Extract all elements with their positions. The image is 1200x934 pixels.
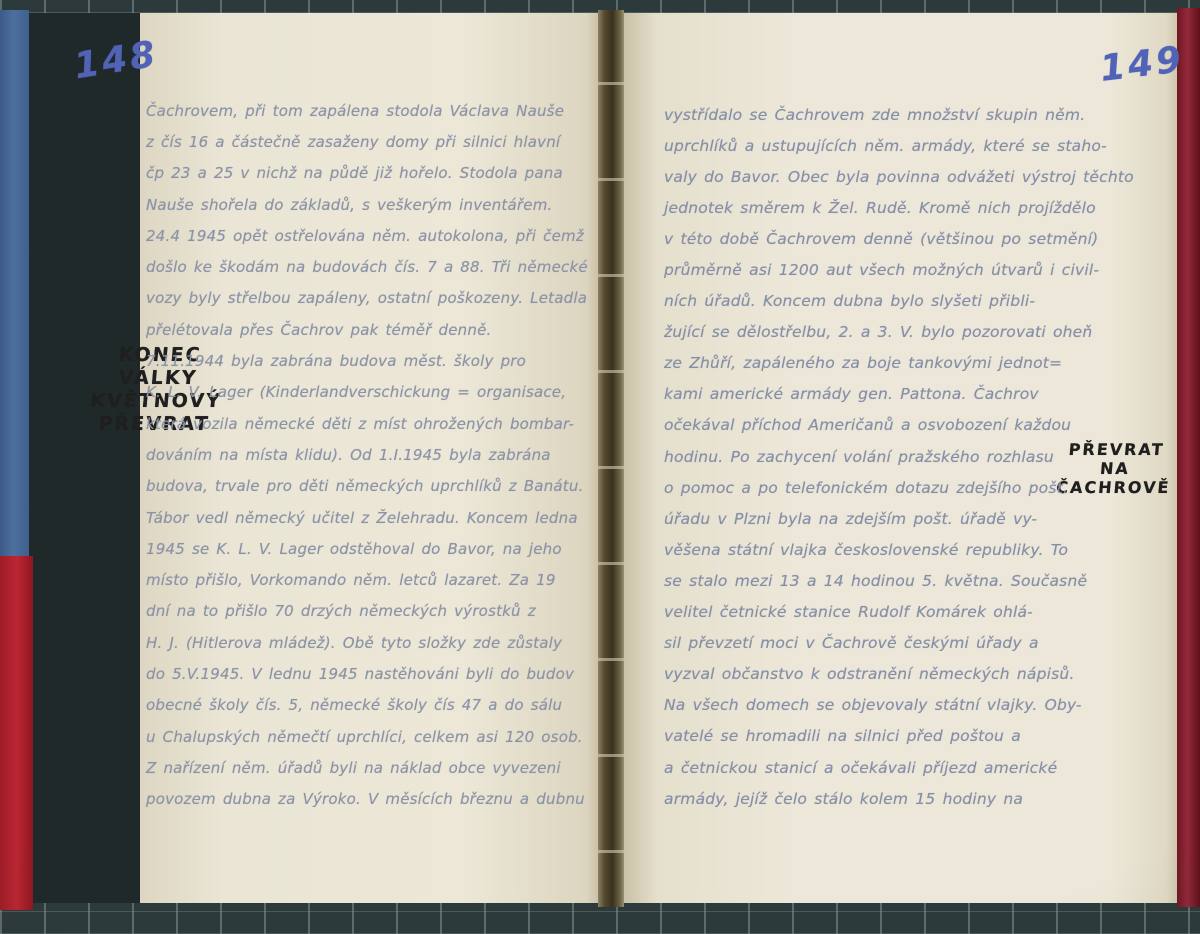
handwritten-line: obecné školy čís. 5, německé školy čís 4…: [146, 690, 578, 721]
handwritten-line: do 5.V.1945. V lednu 1945 nastěhováni by…: [146, 658, 578, 689]
book-cover-right-edge: [1177, 8, 1200, 907]
chronicle-book-photo: 148 149 KONECVÁLKYKVĚTNOVÝPŘEVRAT PŘEVRA…: [0, 0, 1200, 934]
handwritten-line: se stalo mezi 13 a 14 hodinou 5. května.…: [664, 565, 1124, 596]
handwritten-line: Nauše shořela do základů, s veškerým inv…: [146, 189, 578, 220]
handwritten-line: u Chalupských němečtí uprchlíci, celkem …: [146, 721, 578, 752]
handwritten-line: přelétovala přes Čachrov pak téměř denně…: [146, 314, 578, 345]
handwritten-line: Čachrovem, při tom zapálena stodola Václ…: [146, 95, 578, 126]
book-cover-blue-edge: [0, 10, 29, 562]
handwritten-line: z čís 16 a částečně zasaženy domy při si…: [146, 126, 578, 157]
handwritten-line: jednotek směrem k Žel. Rudě. Kromě nich …: [664, 192, 1124, 223]
handwritten-line: vozy byly střelbou zapáleny, ostatní poš…: [146, 283, 578, 314]
handwritten-line: H. J. (Hitlerova mládež). Obě tyto složk…: [146, 627, 578, 658]
handwritten-line: dováním na místa klidu). Od 1.I.1945 byl…: [146, 439, 578, 470]
handwritten-line: valy do Bavor. Obec byla povinna odvážet…: [664, 161, 1124, 192]
page-fore-edges: [26, 13, 154, 905]
handwritten-line: věšena státní vlajka československé repu…: [664, 534, 1124, 565]
handwritten-line: vystřídalo se Čachrovem zde množství sku…: [664, 99, 1124, 130]
handwritten-line: 7.11.1944 byla zabrána budova měst. škol…: [146, 345, 578, 376]
handwritten-line: Na všech domech se objevovaly státní vla…: [664, 690, 1124, 721]
handwritten-line: vyzval občanstvo k odstranění německých …: [664, 659, 1124, 690]
handwritten-line: o pomoc a po telefonickém dotazu zdejšíh…: [664, 472, 1124, 503]
handwritten-line: dní na to přišlo 70 drzých německých výr…: [146, 596, 578, 627]
handwritten-line: hodinu. Po zachycení volání pražského ro…: [664, 441, 1124, 472]
handwritten-line: a četnickou stanicí a očekávali příjezd …: [664, 752, 1124, 783]
handwritten-line: v této době Čachrovem denně (většinou po…: [664, 223, 1124, 254]
handwritten-line: budova, trvale pro děti německých uprchl…: [146, 471, 578, 502]
handwritten-line: armády, jejíž čelo stálo kolem 15 hodiny…: [664, 783, 1124, 814]
handwritten-line: úřadu v Plzni byla na zdejším pošt. úřad…: [664, 503, 1124, 534]
handwritten-line: očekával příchod Američanů a osvobození …: [664, 410, 1124, 441]
handwritten-line: kami americké armády gen. Pattona. Čachr…: [664, 379, 1124, 410]
left-page-text: Čachrovem, při tom zapálena stodola Václ…: [146, 95, 578, 815]
handwritten-line: která vozila německé děti z míst ohrožen…: [146, 408, 578, 439]
handwritten-line: čp 23 a 25 v nichž na půdě již hořelo. S…: [146, 158, 578, 189]
right-page-text: vystřídalo se Čachrovem zde množství sku…: [664, 99, 1124, 814]
handwritten-line: průměrně asi 1200 aut všech možných útva…: [664, 254, 1124, 285]
handwritten-line: sil převzetí moci v Čachrově českými úřa…: [664, 628, 1124, 659]
handwritten-line: povozem dubna za Výroko. V měsících břez…: [146, 784, 578, 815]
handwritten-line: 1945 se K. L. V. Lager odstěhoval do Bav…: [146, 533, 578, 564]
handwritten-line: uprchlíků a ustupujících něm. armády, kt…: [664, 130, 1124, 161]
handwritten-line: ních úřadů. Koncem dubna bylo slyšeti př…: [664, 286, 1124, 317]
table-surface-bottom: [0, 903, 1200, 934]
handwritten-line: vatelé se hromadili na silnici před pošt…: [664, 721, 1124, 752]
handwritten-line: Z nařízení něm. úřadů byli na náklad obc…: [146, 752, 578, 783]
handwritten-line: došlo ke škodám na budovách čís. 7 a 88.…: [146, 251, 578, 282]
handwritten-line: velitel četnické stanice Rudolf Komárek …: [664, 597, 1124, 628]
handwritten-line: Tábor vedl německý učitel z Želehradu. K…: [146, 502, 578, 533]
handwritten-line: žující se dělostřelbu, 2. a 3. V. bylo p…: [664, 317, 1124, 348]
handwritten-line: místo přišlo, Vorkomando něm. letců laza…: [146, 564, 578, 595]
handwritten-line: K. L. V. Lager (Kinderlandverschickung =…: [146, 377, 578, 408]
book-binding-gutter: [598, 10, 624, 907]
handwritten-line: ze Zhůří, zapáleného za boje tankovými j…: [664, 348, 1124, 379]
handwritten-line: 24.4 1945 opět ostřelována něm. autokolo…: [146, 220, 578, 251]
